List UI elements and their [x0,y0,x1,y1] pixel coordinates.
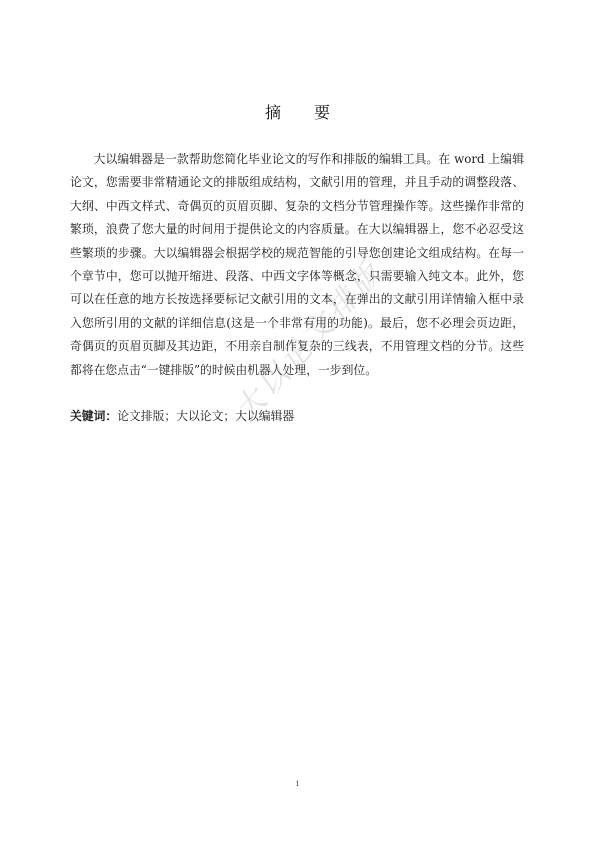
keywords-value: 论文排版；大以论文；大以编辑器 [117,409,294,423]
document-page: 摘 要 大以编辑器是一款帮助您简化毕业论文的写作和排版的编辑工具。在 word … [0,0,595,842]
keywords-line: 关键词：论文排版；大以论文；大以编辑器 [70,405,294,428]
abstract-title: 摘 要 [0,100,595,123]
keywords-label: 关键词： [70,409,117,423]
page-number: 1 [0,779,595,788]
abstract-paragraph: 大以编辑器是一款帮助您简化毕业论文的写作和排版的编辑工具。在 word 上编辑论… [70,148,524,382]
